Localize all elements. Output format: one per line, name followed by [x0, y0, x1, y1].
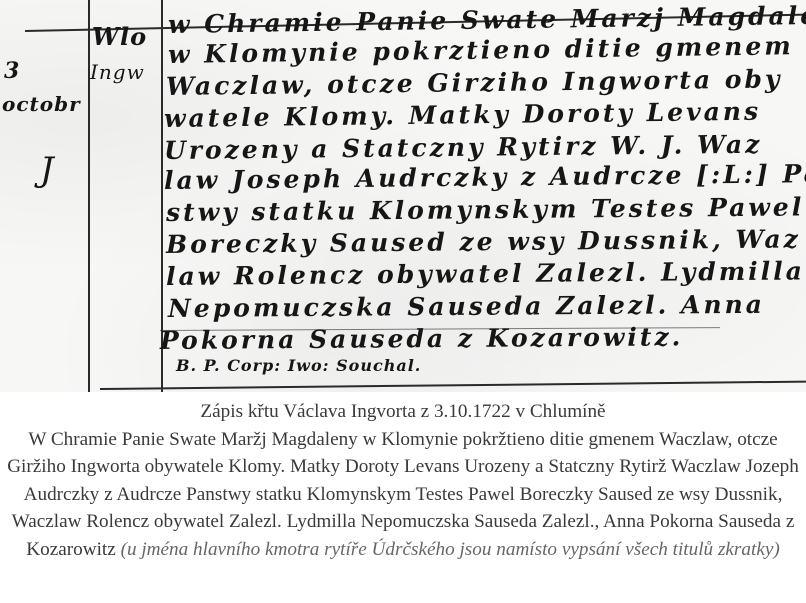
manuscript-line: Pokorna Sauseda z Kozarowitz.	[160, 322, 684, 355]
image-caption: Zápis křtu Václava Ingvorta z 3.10.1722 …	[0, 398, 806, 563]
manuscript-signature: B. P. Corp: Iwo: Souchal.	[176, 356, 421, 375]
manuscript-line: law Rolencz obywatel Zalezl. Lydmilla	[166, 256, 805, 291]
column-rule-left	[88, 0, 90, 392]
margin-name-short: Wlo	[92, 22, 147, 51]
margin-date-day: 3	[4, 58, 20, 84]
margin-date-month: octobr	[2, 92, 81, 116]
manuscript-line: Boreczky Saused ze wsy Dussnik, Waz	[166, 224, 801, 259]
manuscript-line: Nepomuczska Sauseda Zalezl. Anna	[168, 290, 765, 323]
margin-initial: J	[40, 150, 55, 190]
margin-name-abbr: Ingw	[90, 60, 145, 84]
caption-title: Zápis křtu Václava Ingvorta z 3.10.1722 …	[0, 398, 806, 426]
caption-note: (u jména hlavního kmotra rytíře Údrčskéh…	[121, 539, 780, 560]
manuscript-scan: 3 octobr J Wlo Ingw w Chramie Panie Swat…	[0, 0, 806, 392]
manuscript-line: stwy statku Klomynskym Testes Pawel	[166, 192, 805, 227]
